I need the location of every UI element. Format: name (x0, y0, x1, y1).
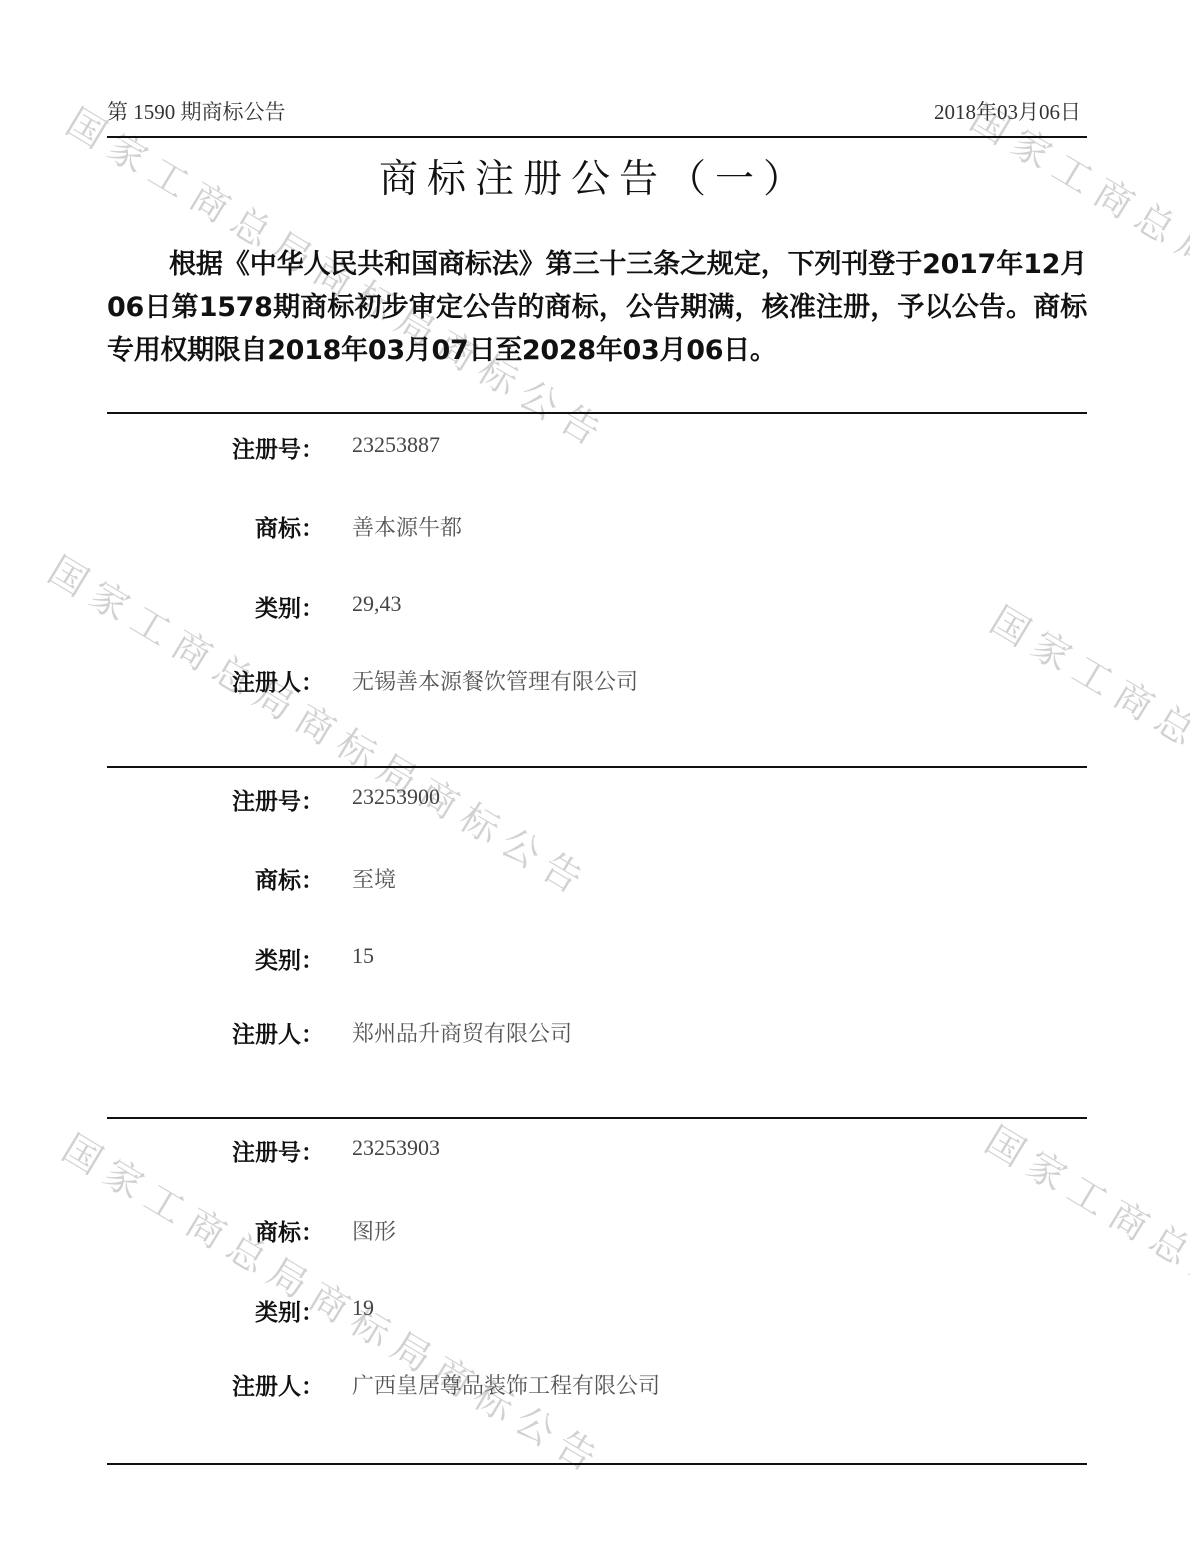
registrant-label: 注册人： (232, 1368, 324, 1401)
reg-no-value: 23253900 (352, 784, 440, 810)
mark-value: 图形 (352, 1215, 396, 1246)
page-title: 商标注册公告（一） (0, 148, 1190, 204)
class-label: 类别： (255, 942, 324, 975)
record-class-row: 类别： 29,43 (0, 590, 1190, 624)
reg-no-label: 注册号： (232, 783, 324, 816)
registrant-value: 无锡善本源餐饮管理有限公司 (352, 665, 638, 696)
registrant-label: 注册人： (232, 664, 324, 697)
registrant-value: 郑州品升商贸有限公司 (352, 1017, 572, 1048)
class-label: 类别： (255, 590, 324, 623)
record-registrant-row: 注册人： 无锡善本源餐饮管理有限公司 (0, 664, 1190, 698)
class-value: 15 (352, 943, 374, 969)
class-value: 29,43 (352, 591, 402, 617)
registrant-value: 广西皇居尊品装饰工程有限公司 (352, 1369, 660, 1400)
record-mark-row: 商标： 善本源牛都 (0, 510, 1190, 544)
section-divider (107, 1117, 1087, 1119)
reg-no-value: 23253887 (352, 432, 440, 458)
page-header: 第 1590 期商标公告 2018年03月06日 (107, 94, 1087, 138)
mark-label: 商标： (255, 510, 324, 543)
publication-date: 2018年03月06日 (934, 96, 1081, 126)
record-mark-row: 商标： 至境 (0, 862, 1190, 896)
mark-value: 善本源牛都 (352, 511, 462, 542)
intro-paragraph: 根据《中华人民共和国商标法》第三十三条之规定，下列刊登于2017年12月06日第… (107, 243, 1087, 372)
watermark: 国家工商总局商标局商标公告 (982, 590, 1190, 959)
record-reg-no-row: 注册号： 23253900 (0, 783, 1190, 817)
section-divider (107, 766, 1087, 768)
reg-no-label: 注册号： (232, 431, 324, 464)
record-class-row: 类别： 15 (0, 942, 1190, 976)
mark-value: 至境 (352, 863, 396, 894)
section-divider (107, 412, 1087, 414)
record-registrant-row: 注册人： 郑州品升商贸有限公司 (0, 1016, 1190, 1050)
record-class-row: 类别： 19 (0, 1294, 1190, 1328)
record-reg-no-row: 注册号： 23253887 (0, 431, 1190, 465)
mark-label: 商标： (255, 862, 324, 895)
record-reg-no-row: 注册号： 23253903 (0, 1134, 1190, 1168)
record-registrant-row: 注册人： 广西皇居尊品装饰工程有限公司 (0, 1368, 1190, 1402)
class-value: 19 (352, 1295, 374, 1321)
record-mark-row: 商标： 图形 (0, 1214, 1190, 1248)
reg-no-value: 23253903 (352, 1135, 440, 1161)
issue-number: 第 1590 期商标公告 (107, 96, 286, 126)
section-divider (107, 1463, 1087, 1465)
reg-no-label: 注册号： (232, 1134, 324, 1167)
registrant-label: 注册人： (232, 1016, 324, 1049)
mark-label: 商标： (255, 1214, 324, 1247)
class-label: 类别： (255, 1294, 324, 1327)
